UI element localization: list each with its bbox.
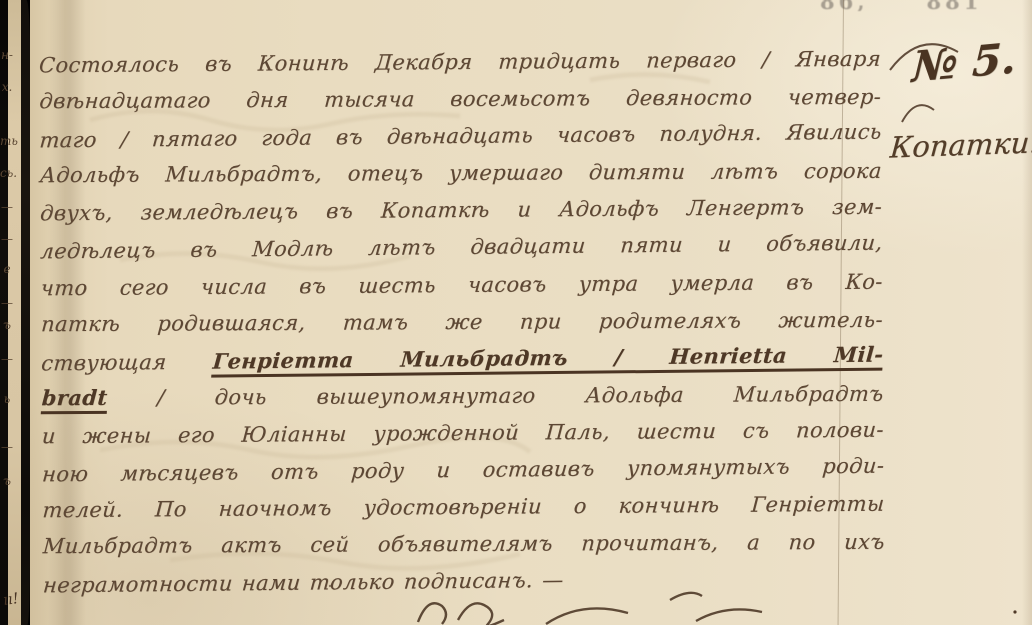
- prev-page-text-fragment: ь: [0, 392, 14, 406]
- prev-page-text-fragment: е: [0, 262, 14, 276]
- prev-page-text-fragment: —: [0, 440, 14, 454]
- page-surface: 86,881 Состоялось въ Конинѣ Декабря трид…: [30, 0, 1032, 625]
- prev-page-text-fragment: ъ: [0, 318, 14, 332]
- prev-page-text-fragment: —: [0, 352, 14, 366]
- prev-page-text-fragment: —: [0, 232, 14, 246]
- prev-page-text-fragment: ъ: [0, 474, 14, 488]
- scanned-register-page: н- х. ть сь. — — е — ъ — ь — ъ ıı! 86,88…: [0, 0, 1032, 625]
- prev-page-text-fragment: сь.: [0, 166, 14, 180]
- prev-page-text-fragment: н-: [0, 48, 14, 62]
- prev-page-text-fragment: —: [0, 200, 14, 214]
- prev-page-text-fragment: х.: [0, 80, 14, 94]
- signature-strokes: [30, 0, 1032, 625]
- prev-page-text-fragment: —: [0, 296, 14, 310]
- ink-mark: ıı!: [2, 589, 20, 609]
- page-edge-shadow: [21, 0, 30, 625]
- prev-page-text-fragment: ть: [0, 134, 14, 148]
